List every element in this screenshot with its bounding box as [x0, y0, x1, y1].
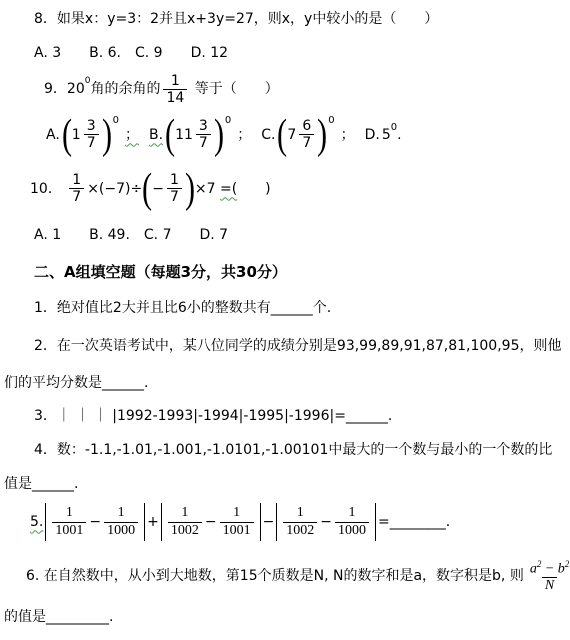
fraction-numerator: 1 [294, 505, 307, 521]
fraction-denominator: 1000 [335, 522, 369, 539]
choice-b-exponent: 0 [224, 114, 231, 128]
question-10-label: 10． [30, 180, 66, 199]
fraction-numerator: 1 [63, 505, 76, 521]
fill-question-5: 5. 1 1001 − 1 1000 + 1 1002 − 1 1001 − [0, 503, 570, 540]
fraction-numerator: 1 [69, 172, 84, 188]
question-9-prefix: 9．20 [44, 80, 85, 99]
minus-operator: − [263, 513, 275, 532]
choice-a-fraction: 3 7 [84, 118, 99, 151]
fill-question-6-line-2: 的值是_________. [0, 608, 570, 627]
minus-operator: − [320, 513, 332, 532]
fraction-denominator: 7 [167, 188, 182, 205]
plus-operator: + [147, 513, 159, 532]
question-9-text: 9．20 0 角的余角的 1 14 等于（ ） [0, 73, 570, 106]
var-N: N [545, 578, 554, 593]
question-10-text: 10． 1 7 ×(−7)÷ ( − 1 7 ) ×7 =( ) [0, 168, 570, 210]
choice-b-fraction: 3 7 [196, 118, 211, 151]
question-6-text: 6. 在自然数中，从小到大地数，第15个质数是N, N的数字和是a，数字积是b,… [26, 567, 524, 586]
fraction-denominator: N [542, 577, 557, 594]
negative-sign: − [152, 180, 164, 199]
choice-c-fraction: 6 7 [299, 118, 314, 151]
absolute-value-group-3: 1 1002 − 1 1000 [276, 503, 376, 540]
choice-a-whole: 1 [72, 126, 81, 145]
left-paren: ( [277, 114, 287, 156]
left-paren: ( [165, 114, 175, 156]
choice-a-label: A. [46, 126, 60, 145]
fraction-denominator: 7 [196, 134, 211, 151]
right-paren: ) [317, 114, 327, 156]
right-paren: ) [102, 114, 112, 156]
question-10-choices: A. 1 B. 49. C. 7 D. 7 [0, 226, 570, 245]
operator-times-div: ×(−7)÷ [87, 180, 142, 199]
question-5-label: 5. [30, 513, 43, 532]
fraction-numerator: 1 [168, 73, 183, 89]
fraction-neg-1-7: 1 7 [167, 172, 182, 205]
fraction-denominator: 7 [84, 134, 99, 151]
fraction-denominator: 1001 [220, 522, 254, 539]
left-paren: ( [142, 168, 152, 210]
equals-sign: = [378, 513, 390, 532]
choice-separator: ； [125, 126, 139, 145]
minus-operator: − [205, 513, 217, 532]
fraction-numerator: 3 [196, 118, 211, 134]
equals-open-paren: =( [220, 180, 237, 199]
var-a: a [530, 561, 537, 576]
fraction-1-1001: 1 1001 [220, 505, 254, 538]
fraction-1-14: 1 14 [163, 73, 187, 106]
fill-question-2-line-2: 们的平均分数是______. [0, 374, 570, 393]
minus-operator: − [89, 513, 101, 532]
fraction-1-1001: 1 1001 [52, 505, 86, 538]
question-9-choices: A. ( 1 3 7 ) 0 ； B. ( 11 3 7 ) 0 ； C. ( … [0, 114, 570, 156]
choice-d-label: D. [365, 126, 380, 145]
choice-a-exponent: 0 [112, 114, 119, 128]
fraction-numerator: a2 − b2 [527, 559, 570, 578]
fraction-1-1000: 1 1000 [335, 505, 369, 538]
question-8-text: 8．如果x：y=3：2并且x+3y=27，则x，y中较小的是（ ） [0, 0, 570, 29]
fill-question-4-line-1: 4．数：-1.1,-1.01,-1.001,-1.0101,-1.00101中最… [0, 441, 570, 460]
question-9-suffix: 等于（ ） [190, 80, 278, 99]
fill-question-4-line-2: 值是______. [0, 475, 570, 494]
fraction-numerator: 1 [346, 505, 359, 521]
left-paren: ( [62, 114, 72, 156]
answer-blank: ________ [390, 513, 446, 532]
choice-c-exponent: 0 [327, 114, 334, 128]
fill-question-2-line-1: 2．在一次英语考试中，某八位同学的成绩分别是93,99,89,91,87,81,… [0, 337, 570, 356]
fraction-denominator: 1002 [283, 522, 317, 539]
fraction-1-1002: 1 1002 [283, 505, 317, 538]
fraction-numerator: 1 [115, 505, 128, 521]
choice-d-base: 5 [382, 126, 391, 145]
choice-b-label: B. [149, 126, 163, 145]
exponent-2: 2 [565, 559, 570, 569]
math-worksheet-page: 8．如果x：y=3：2并且x+3y=27，则x，y中较小的是（ ） A. 3 B… [0, 0, 570, 640]
fill-question-6-line-1: 6. 在自然数中，从小到大地数，第15个质数是N, N的数字和是a，数字积是b,… [0, 559, 570, 595]
fill-question-3: 3．｜ ｜ ｜ |1992-1993|-1994|-1995|-1996|=__… [0, 407, 570, 426]
choice-b-whole: 11 [175, 126, 193, 145]
fraction-numerator: 1 [178, 505, 191, 521]
choice-d-period: . [397, 126, 401, 145]
question-9-mid: 角的余角的 [90, 80, 160, 99]
fraction-numerator: 3 [84, 118, 99, 134]
fraction-1-1000: 1 1000 [104, 505, 138, 538]
choice-c-label: C. [261, 126, 275, 145]
fraction-1-7: 1 7 [69, 172, 84, 205]
fraction-numerator: 1 [230, 505, 243, 521]
close-paren: ) [265, 180, 270, 199]
choice-d-exponent: 0 [391, 121, 397, 135]
operator-times-7: ×7 [195, 180, 220, 199]
fraction-numerator: 1 [167, 172, 182, 188]
choice-separator: ； [237, 126, 251, 145]
section-2-header: 二、A组填空题（每题3分，共30分） [0, 262, 570, 282]
fraction-denominator: 7 [299, 134, 314, 151]
absolute-value-group-2: 1 1002 − 1 1001 [161, 503, 261, 540]
fraction-denominator: 1000 [104, 522, 138, 539]
absolute-value-group-1: 1 1001 − 1 1000 [45, 503, 145, 540]
choice-separator: ； [341, 126, 355, 145]
fill-question-1: 1．绝对值比2大并且比6小的整数共有______个. [0, 299, 570, 318]
fraction-denominator: 7 [69, 188, 84, 205]
fraction-1-1002: 1 1002 [168, 505, 202, 538]
fraction-numerator: 6 [299, 118, 314, 134]
answer-blank [237, 180, 265, 199]
minus-operator: − [541, 561, 557, 576]
choice-c-whole: 7 [287, 126, 296, 145]
fraction-denominator: 1002 [168, 522, 202, 539]
fraction-denominator: 1001 [52, 522, 86, 539]
question-8-choices: A. 3 B. 6. C. 9 D. 12 [0, 44, 570, 63]
fraction-a2-b2-over-N: a2 − b2 N [527, 559, 570, 595]
period: . [446, 513, 450, 532]
var-b: b [558, 561, 565, 576]
right-paren: ) [185, 168, 195, 210]
right-paren: ) [214, 114, 224, 156]
fraction-denominator: 14 [163, 89, 187, 106]
